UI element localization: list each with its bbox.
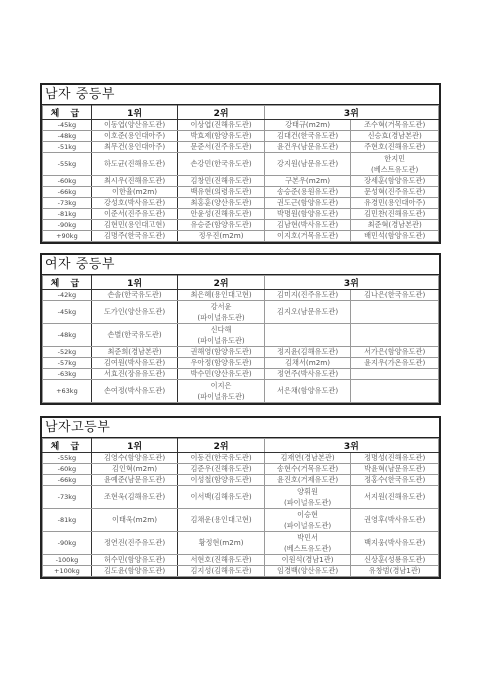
table-row: -73kg 강성호(박사유도관) 최홍훈(양산유도관) 권도근(함양유도관) 유… bbox=[43, 198, 439, 209]
first-place: 도가인(양산유도관) bbox=[91, 301, 178, 324]
table-title: 남자고등부 bbox=[42, 418, 439, 438]
athlete-name: 이지은 bbox=[179, 380, 263, 391]
third-place-b: 서가은(함양유도관) bbox=[351, 347, 439, 358]
third-place-b: 유창범(경남1관) bbox=[351, 566, 439, 577]
table-row: -48kg 이호준(용인대아주) 박효제(함양유도관) 김대건(한국유도관) 신… bbox=[43, 131, 439, 142]
first-place: 이동엽(양산유도관) bbox=[91, 120, 178, 131]
athlete-club: (파이널유도관) bbox=[179, 335, 263, 346]
second-place: 이상엽(진해유도관) bbox=[178, 120, 265, 131]
second-place: 황정현(m2m) bbox=[178, 532, 265, 555]
first-place-header: 1위 bbox=[91, 439, 178, 453]
third-place-b: 배민석(함양유도관) bbox=[351, 231, 439, 242]
second-place: 최홍훈(양산유도관) bbox=[178, 198, 265, 209]
second-place-header: 2위 bbox=[178, 106, 265, 120]
third-place-a: 구본우(m2m) bbox=[264, 176, 351, 187]
third-place-header: 3위 bbox=[264, 439, 438, 453]
third-place-b: 장세훈(함양유도관) bbox=[351, 176, 439, 187]
second-place: 유승준(함양유도관) bbox=[178, 220, 265, 231]
third-place-a: 강태규(m2m) bbox=[264, 120, 351, 131]
table-row: +100kg 김도윤(함양유도관) 김지성(김해유도관) 임경백(양산유도관) … bbox=[43, 566, 439, 577]
weight-class: -90kg bbox=[43, 220, 92, 231]
third-place-a: 양휘원 (파이널유도관) bbox=[264, 486, 351, 509]
table-row: -66kg 이한율(m2m) 백유현(의령유도관) 송승준(용원유도관) 문성혁… bbox=[43, 187, 439, 198]
weight-class: -52kg bbox=[43, 347, 92, 358]
athlete-name: 박민서 bbox=[266, 532, 350, 543]
first-place: 윤예준(남문유도관) bbox=[91, 475, 178, 486]
third-place-b: 백지웅(박사유도관) bbox=[351, 532, 439, 555]
weight-class: -45kg bbox=[43, 301, 92, 324]
table-row: -55kg 하도균(진해유도관) 손강민(한국유도관) 강지원(남문유도관) 한… bbox=[43, 153, 439, 176]
weight-class: -55kg bbox=[43, 153, 92, 176]
weight-header: 체 급 bbox=[43, 439, 92, 453]
weight-header: 체 급 bbox=[43, 276, 92, 290]
second-place: 이동건(한국유도관) bbox=[178, 453, 265, 464]
weight-class: -81kg bbox=[43, 509, 92, 532]
first-place: 손여정(박사유도관) bbox=[91, 380, 178, 403]
first-place: 최준희(경남본관) bbox=[91, 347, 178, 358]
weight-class: -90kg bbox=[43, 532, 92, 555]
second-place: 문준서(진주유도관) bbox=[178, 142, 265, 153]
third-place-a bbox=[264, 324, 351, 347]
weight-class: -45kg bbox=[43, 120, 92, 131]
table-row: -48kg 손별(한국유도관) 신다해 (파이널유도관) bbox=[43, 324, 439, 347]
table-row: +90kg 김명주(한국유도관) 정우진(m2m) 이지호(거목유도관) 배민석… bbox=[43, 231, 439, 242]
third-place-a: 정지윤(김해유도관) bbox=[264, 347, 351, 358]
third-place-a: 김채서(m2m) bbox=[264, 358, 351, 369]
results-table: 체 급 1위 2위 3위 -55kg 김영수(함양유도관) 이동건(한국유도관)… bbox=[42, 438, 439, 577]
third-place-b: 주현호(진해유도관) bbox=[351, 142, 439, 153]
third-place-b: 최준혁(경남본관) bbox=[351, 220, 439, 231]
third-place-b: 유경민(용인대아주) bbox=[351, 198, 439, 209]
third-place-a: 정연주(박사유도관) bbox=[264, 369, 351, 380]
second-place: 박수민(양산유도관) bbox=[178, 369, 265, 380]
weight-class: -42kg bbox=[43, 290, 92, 301]
athlete-club: (파이널유도관) bbox=[179, 312, 263, 323]
third-place-b: 신승효(경남본관) bbox=[351, 131, 439, 142]
second-place: 최은혜(용인대고현) bbox=[178, 290, 265, 301]
second-place: 김채운(용인대고현) bbox=[178, 509, 265, 532]
weight-class: -60kg bbox=[43, 176, 92, 187]
weight-class: -57kg bbox=[43, 358, 92, 369]
third-place-a: 윤건우(남문유도관) bbox=[264, 142, 351, 153]
table-row: -63kg 서효진(장유유도관) 박수민(양산유도관) 정연주(박사유도관) bbox=[43, 369, 439, 380]
first-place: 조현욱(김해유도관) bbox=[91, 486, 178, 509]
second-place: 김준우(진해유도관) bbox=[178, 464, 265, 475]
second-place: 백유현(의령유도관) bbox=[178, 187, 265, 198]
weight-class: -60kg bbox=[43, 464, 92, 475]
third-place-a: 강지원(남문유도관) bbox=[264, 153, 351, 176]
first-place: 최시우(진해유도관) bbox=[91, 176, 178, 187]
third-place-a: 이승현 (파이널유도관) bbox=[264, 509, 351, 532]
third-place-b bbox=[351, 324, 439, 347]
first-place: 이태욱(m2m) bbox=[91, 509, 178, 532]
third-place-a: 권도근(함양유도관) bbox=[264, 198, 351, 209]
second-place: 강서윤 (파이널유도관) bbox=[178, 301, 265, 324]
second-place: 서현호(진해유도관) bbox=[178, 555, 265, 566]
third-place-b bbox=[351, 369, 439, 380]
athlete-club: (베스트유도관) bbox=[352, 164, 437, 175]
table-row: -60kg 최시우(진해유도관) 김창민(진해유도관) 구본우(m2m) 장세훈… bbox=[43, 176, 439, 187]
first-place: 최무건(용인대아주) bbox=[91, 142, 178, 153]
second-place: 이지은 (파이널유도관) bbox=[178, 380, 265, 403]
third-place-b: 박윤혁(남문유도관) bbox=[351, 464, 439, 475]
third-place-a: 박민서 (베스트유도관) bbox=[264, 532, 351, 555]
table-title: 여자 중등부 bbox=[42, 255, 439, 275]
third-place-header: 3위 bbox=[264, 106, 438, 120]
header-row: 체 급 1위 2위 3위 bbox=[43, 276, 439, 290]
boys-high-school-table: 남자고등부 체 급 1위 2위 3위 -55kg 김영수(함양유도관) 이동건(… bbox=[40, 416, 441, 579]
first-place: 김명주(한국유도관) bbox=[91, 231, 178, 242]
first-place: 하도균(진해유도관) bbox=[91, 153, 178, 176]
weight-class: -100kg bbox=[43, 555, 92, 566]
weight-class: +63kg bbox=[43, 380, 92, 403]
boys-middle-school-table: 남자 중등부 체 급 1위 2위 3위 -45kg 이동엽(양산유도관) 이상엽… bbox=[40, 83, 441, 244]
third-place-b: 윤지우(가온유도관) bbox=[351, 358, 439, 369]
weight-class: -81kg bbox=[43, 209, 92, 220]
athlete-name: 강서윤 bbox=[179, 301, 263, 312]
weight-class: +100kg bbox=[43, 566, 92, 577]
third-place-a: 김미지(진주유도관) bbox=[264, 290, 351, 301]
results-table: 체 급 1위 2위 3위 -45kg 이동엽(양산유도관) 이상엽(진해유도관)… bbox=[42, 105, 439, 242]
third-place-header: 3위 bbox=[264, 276, 438, 290]
table-row: -73kg 조현욱(김해유도관) 이서백(김해유도관) 양휘원 (파이널유도관)… bbox=[43, 486, 439, 509]
third-place-b: 김나은(한국유도관) bbox=[351, 290, 439, 301]
second-place: 김지성(김해유도관) bbox=[178, 566, 265, 577]
third-place-b: 권영후(박사유도관) bbox=[351, 509, 439, 532]
table-row: -52kg 최준희(경남본관) 권해영(함양유도관) 정지윤(김해유도관) 서가… bbox=[43, 347, 439, 358]
first-place: 손별(한국유도관) bbox=[91, 324, 178, 347]
first-place: 강성호(박사유도관) bbox=[91, 198, 178, 209]
first-place: 김인혁(m2m) bbox=[91, 464, 178, 475]
weight-class: -48kg bbox=[43, 131, 92, 142]
table-row: -57kg 김여원(박사유도관) 우아정(함양유도관) 김채서(m2m) 윤지우… bbox=[43, 358, 439, 369]
table-row: -81kg 이준서(진주유도관) 안윤성(진해유도관) 박명원(함양유도관) 김… bbox=[43, 209, 439, 220]
results-table: 체 급 1위 2위 3위 -42kg 손솔(한국유도관) 최은혜(용인대고현) … bbox=[42, 275, 439, 403]
first-place: 허수민(함양유도관) bbox=[91, 555, 178, 566]
athlete-name: 신다해 bbox=[179, 324, 263, 335]
table-row: -60kg 김인혁(m2m) 김준우(진해유도관) 송현수(거목유도관) 박윤혁… bbox=[43, 464, 439, 475]
second-place: 권해영(함양유도관) bbox=[178, 347, 265, 358]
third-place-a: 이원석(경남1관) bbox=[264, 555, 351, 566]
third-place-b: 조수혁(거목유도관) bbox=[351, 120, 439, 131]
athlete-club: (베스트유도관) bbox=[266, 543, 350, 554]
third-place-a: 김남현(박사유도관) bbox=[264, 220, 351, 231]
second-place-header: 2위 bbox=[178, 439, 265, 453]
second-place: 정우진(m2m) bbox=[178, 231, 265, 242]
first-place-header: 1위 bbox=[91, 276, 178, 290]
third-place-a: 김대건(한국유도관) bbox=[264, 131, 351, 142]
table-row: -55kg 김영수(함양유도관) 이동건(한국유도관) 김재연(경남본관) 정명… bbox=[43, 453, 439, 464]
third-place-a: 서은채(함양유도관) bbox=[264, 380, 351, 403]
second-place: 우아정(함양유도관) bbox=[178, 358, 265, 369]
first-place: 서효진(장유유도관) bbox=[91, 369, 178, 380]
weight-class: -73kg bbox=[43, 198, 92, 209]
third-place-b: 정명성(진해유도관) bbox=[351, 453, 439, 464]
third-place-a: 임경백(양산유도관) bbox=[264, 566, 351, 577]
first-place: 김영수(함양유도관) bbox=[91, 453, 178, 464]
table-row: -51kg 최무건(용인대아주) 문준서(진주유도관) 윤건우(남문유도관) 주… bbox=[43, 142, 439, 153]
weight-class: -48kg bbox=[43, 324, 92, 347]
third-place-a: 이지호(거목유도관) bbox=[264, 231, 351, 242]
weight-class: -66kg bbox=[43, 187, 92, 198]
athlete-club: (파이널유도관) bbox=[179, 391, 263, 402]
athlete-club: (파이널유도관) bbox=[266, 497, 350, 508]
weight-class: +90kg bbox=[43, 231, 92, 242]
weight-class: -73kg bbox=[43, 486, 92, 509]
second-place: 신다해 (파이널유도관) bbox=[178, 324, 265, 347]
third-place-a: 박명원(함양유도관) bbox=[264, 209, 351, 220]
table-row: +63kg 손여정(박사유도관) 이지은 (파이널유도관) 서은채(함양유도관) bbox=[43, 380, 439, 403]
third-place-b: 문성혁(진주유도관) bbox=[351, 187, 439, 198]
third-place-b: 신상훈(성룡유도관) bbox=[351, 555, 439, 566]
third-place-b bbox=[351, 301, 439, 324]
first-place: 정연진(진주유도관) bbox=[91, 532, 178, 555]
weight-class: -51kg bbox=[43, 142, 92, 153]
first-place: 이준서(진주유도관) bbox=[91, 209, 178, 220]
header-row: 체 급 1위 2위 3위 bbox=[43, 106, 439, 120]
athlete-name: 한지민 bbox=[352, 153, 437, 164]
second-place: 이서백(김해유도관) bbox=[178, 486, 265, 509]
table-row: -81kg 이태욱(m2m) 김채운(용인대고현) 이승현 (파이널유도관) 권… bbox=[43, 509, 439, 532]
second-place: 김창민(진해유도관) bbox=[178, 176, 265, 187]
third-place-b: 서지원(진해유도관) bbox=[351, 486, 439, 509]
first-place: 김여원(박사유도관) bbox=[91, 358, 178, 369]
weight-class: -55kg bbox=[43, 453, 92, 464]
table-row: -45kg 도가인(양산유도관) 강서윤 (파이널유도관) 김지오(남문유도관) bbox=[43, 301, 439, 324]
third-place-a: 김지오(남문유도관) bbox=[264, 301, 351, 324]
third-place-a: 송승준(용원유도관) bbox=[264, 187, 351, 198]
girls-middle-school-table: 여자 중등부 체 급 1위 2위 3위 -42kg 손솔(한국유도관) 최은혜(… bbox=[40, 253, 441, 405]
second-place: 손강민(한국유도관) bbox=[178, 153, 265, 176]
second-place: 박효제(함양유도관) bbox=[178, 131, 265, 142]
header-row: 체 급 1위 2위 3위 bbox=[43, 439, 439, 453]
weight-header: 체 급 bbox=[43, 106, 92, 120]
third-place-b: 정홍수(한국유도관) bbox=[351, 475, 439, 486]
third-place-a: 김재연(경남본관) bbox=[264, 453, 351, 464]
third-place-b: 한지민 (베스트유도관) bbox=[351, 153, 439, 176]
first-place: 김도윤(함양유도관) bbox=[91, 566, 178, 577]
first-place: 손솔(한국유도관) bbox=[91, 290, 178, 301]
table-row: -100kg 허수민(함양유도관) 서현호(진해유도관) 이원석(경남1관) 신… bbox=[43, 555, 439, 566]
first-place: 이호준(용인대아주) bbox=[91, 131, 178, 142]
first-place: 이한율(m2m) bbox=[91, 187, 178, 198]
table-row: -45kg 이동엽(양산유도관) 이상엽(진해유도관) 강태규(m2m) 조수혁… bbox=[43, 120, 439, 131]
table-row: -42kg 손솔(한국유도관) 최은혜(용인대고현) 김미지(진주유도관) 김나… bbox=[43, 290, 439, 301]
table-row: -66kg 윤예준(남문유도관) 이성철(함양유도관) 윤진호(거제유도관) 정… bbox=[43, 475, 439, 486]
first-place-header: 1위 bbox=[91, 106, 178, 120]
athlete-name: 양휘원 bbox=[266, 486, 350, 497]
second-place: 이성철(함양유도관) bbox=[178, 475, 265, 486]
table-title: 남자 중등부 bbox=[42, 85, 439, 105]
third-place-a: 윤진호(거제유도관) bbox=[264, 475, 351, 486]
athlete-club: (파이널유도관) bbox=[266, 520, 350, 531]
table-row: -90kg 김현민(용인대고현) 유승준(함양유도관) 김남현(박사유도관) 최… bbox=[43, 220, 439, 231]
third-place-b: 김민찬(진해유도관) bbox=[351, 209, 439, 220]
table-row: -90kg 정연진(진주유도관) 황정현(m2m) 박민서 (베스트유도관) 백… bbox=[43, 532, 439, 555]
first-place: 김현민(용인대고현) bbox=[91, 220, 178, 231]
weight-class: -63kg bbox=[43, 369, 92, 380]
third-place-b bbox=[351, 380, 439, 403]
third-place-a: 송현수(거목유도관) bbox=[264, 464, 351, 475]
second-place-header: 2위 bbox=[178, 276, 265, 290]
second-place: 안윤성(진해유도관) bbox=[178, 209, 265, 220]
athlete-name: 이승현 bbox=[266, 509, 350, 520]
weight-class: -66kg bbox=[43, 475, 92, 486]
